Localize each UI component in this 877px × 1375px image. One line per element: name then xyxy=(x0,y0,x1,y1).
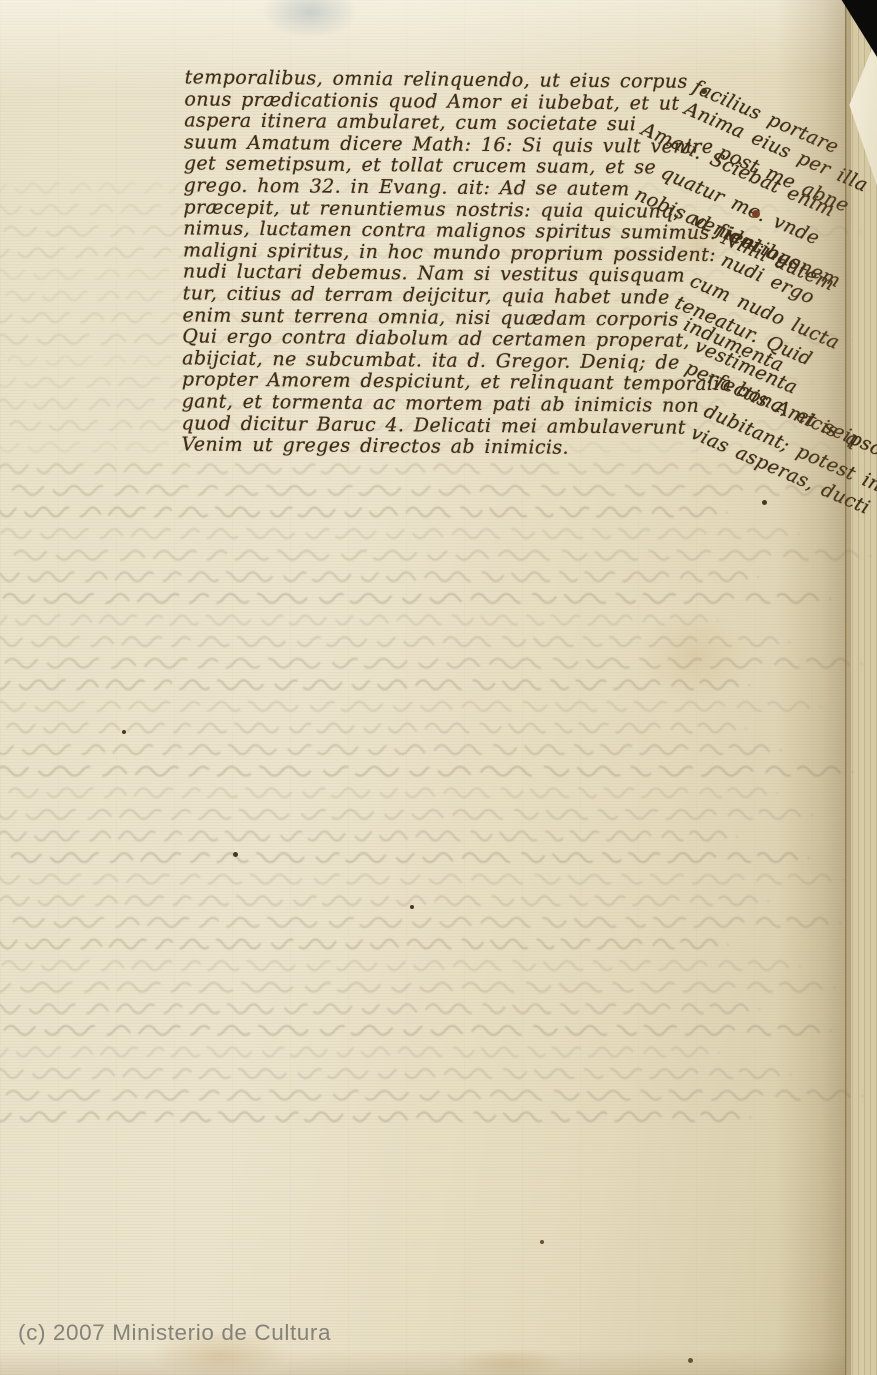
binding-edge xyxy=(845,0,877,1375)
manuscript-line-main: Venim ut greges directos ab inimicis. xyxy=(181,433,569,458)
manuscript-text-block: temporalibus, omnia relinquendo, ut eius… xyxy=(181,67,794,461)
scanned-manuscript-page: { "manuscript": { "language": "Latin", "… xyxy=(0,0,877,1375)
bottom-edge-shadow xyxy=(0,1349,877,1375)
copyright-watermark: (c) 2007 Ministerio de Cultura xyxy=(18,1320,331,1346)
